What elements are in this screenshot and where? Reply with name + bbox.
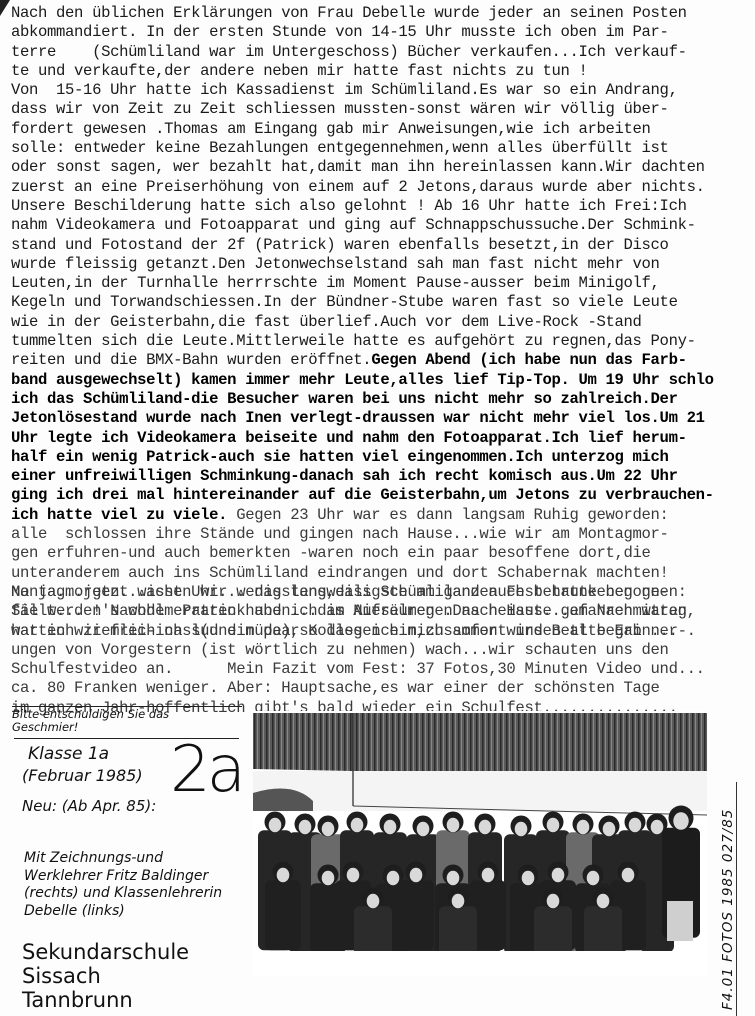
text-line: band ausgewechselt) kamen immer mehr Leu… [11, 371, 755, 390]
text-line: solle: entweder keine Bezahlungen entgeg… [11, 139, 755, 158]
photo-archive-caption: F4.01 FOTOS 1985 027/85 [720, 809, 736, 1010]
text-line: Unsere Beschilderung hatte sich also gel… [11, 197, 755, 216]
text-line: Kegeln und Torwandschiessen.In der Bündn… [11, 293, 755, 312]
text-line: oder sonst sagen, wer bezahlt hat,damit … [11, 158, 755, 177]
group-photo-image [253, 711, 707, 976]
text-line: Uhr legte ich Videokamera beiseite und n… [11, 429, 755, 448]
text-line: stand und Fotostand der 2f (Patrick) war… [11, 236, 755, 255]
text-line: einer unfreiwilligen Schminkung-danach s… [11, 467, 755, 486]
text-line: Schulfestvideo an. Mein Fazit vom Fest: … [11, 660, 755, 679]
scanned-document-page: Nach den üblichen Erklärungen von Frau D… [0, 0, 755, 1016]
text-line: ungen von Vorgestern (ist wörtlich zu ne… [11, 641, 755, 660]
text-line: tummelten sich die Leute.Mittlerweile ha… [11, 332, 755, 351]
text-line: Nach den üblichen Erklärungen von Frau D… [11, 4, 755, 23]
text-line: zuerst an eine Preiserhöhung von einem a… [11, 178, 755, 197]
text-line: Jetonlösestand wurde nach Inen verlegt-d… [11, 409, 755, 428]
text-line: te und verkaufte,der andere neben mir ha… [11, 62, 755, 81]
text-line: ich hatte viel zu viele. Gegen 23 Uhr wa… [11, 506, 755, 525]
class-label: Klasse 1a [28, 744, 109, 764]
class-date: (Februar 1985) [22, 766, 143, 785]
text-line: wurde fleissig getanzt.Den Jetonwechsels… [11, 255, 755, 274]
apology-note: Bitte entschuldigen Sie das Geschmier! [12, 708, 232, 734]
text-line: dass wir von Zeit zu Zeit schliessen mus… [11, 100, 755, 119]
text-line: wie in der Geisterbahn,die fast überlief… [11, 313, 755, 332]
text-line: ca. 80 Franken weniger. Aber: Hauptsache… [11, 679, 755, 698]
teachers-caption: Mit Zeichnungs-und Werklehrer Fritz Bald… [24, 850, 222, 920]
text-line: Von 15-16 Uhr hatte ich Kassadienst im S… [11, 81, 755, 100]
class-new-label: Neu: (Ab Apr. 85): [22, 797, 156, 815]
text-line: ging ich drei mal hintereinander auf die… [11, 486, 755, 505]
text-line: alle schlossen ihre Stände und gingen na… [11, 525, 755, 544]
text-line: Sie werden's wohl erraten haben...das Au… [11, 602, 755, 621]
people-group [258, 806, 700, 957]
class-group-photo [253, 711, 707, 976]
text-line: reiten und die BMX-Bahn wurden eröffnet.… [11, 351, 755, 370]
text-line: Montagmorgen...acht Uhr... das langweili… [11, 583, 755, 602]
text-line: half ein wenig Patrick-auch sie hatten v… [11, 448, 755, 467]
caption-divider [736, 782, 737, 1016]
text-line: nahm Videokamera und Fotoapparat und gin… [11, 216, 755, 235]
report-text-part2: Montagmorgen...acht Uhr... das langweili… [11, 583, 755, 718]
text-line: abkommandiert. In der ersten Stunde von … [11, 23, 755, 42]
text-line: ich das Schümliland-die Besucher waren b… [11, 390, 755, 409]
text-line: fordert gewesen .Thomas am Eingang gab m… [11, 120, 755, 139]
text-line: terre (Schümliland war im Untergeschoss)… [11, 43, 755, 62]
text-line: unteranderem auch ins Schümliland eindra… [11, 564, 755, 583]
text-line: hatten wir frei-ich lud ein paar Kollege… [11, 622, 755, 641]
class-new-value: 2a [170, 738, 242, 802]
report-text-part1: Nach den üblichen Erklärungen von Frau D… [11, 4, 755, 641]
scan-corner-mark [0, 0, 10, 16]
school-name: Sekundarschule Sissach Tannbrunn [22, 940, 189, 1012]
text-line: Leuten,in der Turnhalle herrrschte im Mo… [11, 274, 755, 293]
text-line: gen erfuhren-und auch bemerkten -waren n… [11, 544, 755, 563]
